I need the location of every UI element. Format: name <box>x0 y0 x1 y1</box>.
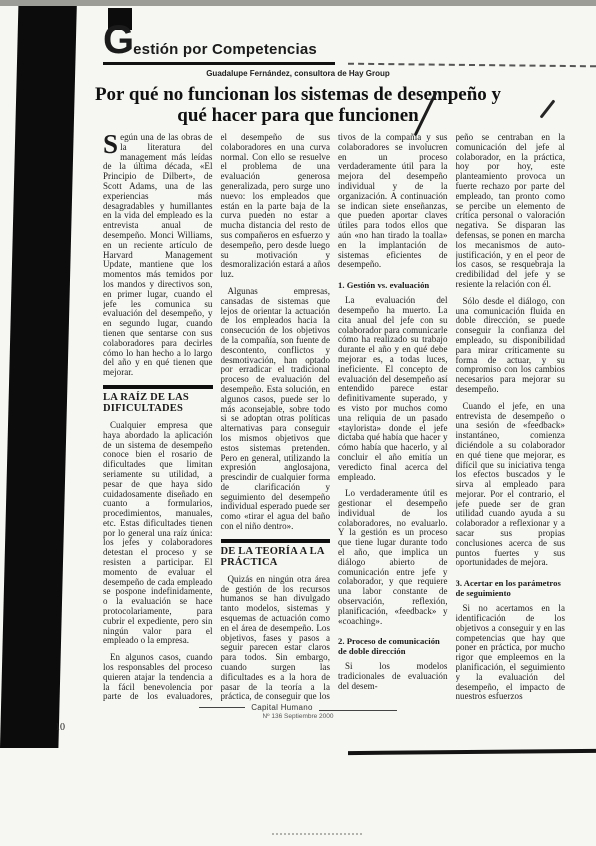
scanned-article-page: Gestión por Competencias Guadalupe Ferná… <box>0 0 596 846</box>
numbered-heading-3: 3. Acertar en los parámetros de seguimie… <box>456 578 566 598</box>
article-body: Según una de las obras de la literatura … <box>103 133 565 701</box>
byline: Guadalupe Fernández, consultora de Hay G… <box>0 69 596 78</box>
section-header: Gestión por Competencias <box>103 20 317 60</box>
article-paragraph: tivos de la compañía y sus colaboradores… <box>338 133 448 270</box>
bottom-rule <box>348 749 596 755</box>
article-title: Por qué no funcionan los sistemas de des… <box>60 84 536 126</box>
scan-noise-dots <box>272 833 362 835</box>
article-paragraph: Sólo desde el diálogo, con una comunicac… <box>456 297 566 395</box>
article-paragraph: Algunas empresas, cansadas de sistemas q… <box>221 287 331 532</box>
column-3: tivos de la compañía y sus colaboradores… <box>338 133 448 701</box>
column-1: Según una de las obras de la literatura … <box>103 133 213 701</box>
article-paragraph: La evaluación del desempeño ha muerto. L… <box>338 296 448 482</box>
numbered-heading-1: 1. Gestión vs. evaluación <box>338 280 448 290</box>
header-rule <box>103 62 335 65</box>
article-paragraph: Si no acertamos en la identificación de … <box>456 604 566 701</box>
page-number: 10 <box>55 722 65 733</box>
column-2: el desempeño de sus colaboradores en una… <box>221 133 331 701</box>
pen-slash-mark-small <box>540 99 556 118</box>
article-paragraph: peño se centraban en la comunicación del… <box>456 133 566 290</box>
scan-edge-band <box>0 0 596 6</box>
footer-rule-left <box>199 707 245 708</box>
section-dropcap: G <box>103 20 133 60</box>
header-rule-dashed <box>348 63 596 68</box>
article-paragraph: Lo verdaderamente útil es gestionar el d… <box>338 489 448 626</box>
article-paragraph: Según una de las obras de la literatura … <box>103 133 213 378</box>
paragraph-text: egún una de las obras de la literatura d… <box>103 133 213 377</box>
paragraph-dropcap: S <box>103 133 120 155</box>
issue-info: Nº 136 Septiembre 2000 <box>0 713 596 720</box>
article-paragraph: Cualquier empresa que haya abordado la a… <box>103 421 213 646</box>
column-4: peño se centraban en la comunicación del… <box>456 133 566 701</box>
article-paragraph: En algunos casos, cuando los responsable… <box>103 653 213 701</box>
article-paragraph: Quizás en ningún otra área de gestión de… <box>221 575 331 701</box>
footer: Capital Humano Nº 136 Septiembre 2000 <box>0 703 596 720</box>
journal-name: Capital Humano <box>251 703 313 712</box>
article-title-line2: qué hacer para que funcionen <box>60 105 536 126</box>
footer-rule-right <box>319 710 397 711</box>
article-paragraph: Cuando el jefe, en una entrevista de des… <box>456 402 566 569</box>
article-title-line1: Por qué no funcionan los sistemas de des… <box>60 84 536 105</box>
section-heading-raiz: LA RAÍZ DE LAS DIFICULTADES <box>103 385 213 415</box>
article-paragraph: el desempeño de sus colaboradores en una… <box>221 133 331 280</box>
section-title: estión por Competencias <box>133 41 317 60</box>
section-heading-teoria: DE LA TEORÍA A LA PRÁCTICA <box>221 539 331 569</box>
numbered-heading-2: 2. Proceso de comunicación de doble dire… <box>338 636 448 656</box>
article-paragraph: Si los modelos tradicionales de evaluaci… <box>338 662 448 691</box>
